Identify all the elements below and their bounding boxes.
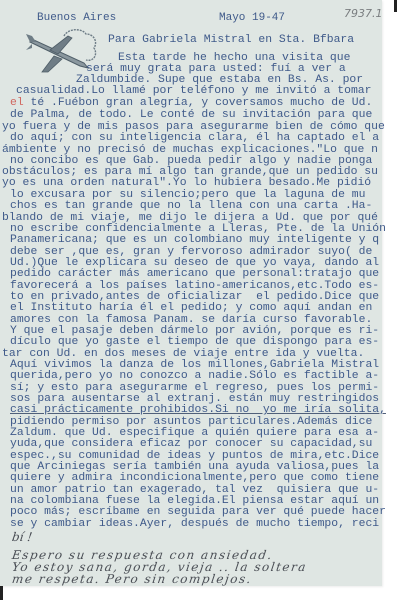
letter-line-4: casualidad.Lo llamé por teléfono y me in… xyxy=(16,86,371,97)
letter-line-17: Panamericana; que es un colombiano muy i… xyxy=(10,235,379,246)
letter-page: 7937.1 Buenos Aires Mayo 19-47 Para Gabr… xyxy=(0,0,382,586)
handwritten-line-3: me respeta. Pero sin complejos. xyxy=(11,572,253,586)
recipient-line: Para Gabriela Mistral en Sta. Bfbara xyxy=(108,35,354,46)
scan-edge xyxy=(0,586,3,600)
letter-line-8: do aquí; con su inteligencia clara, él h… xyxy=(10,133,379,144)
header-place: Buenos Aires xyxy=(37,13,116,24)
letter-line-41: poco más; escríbame en seguida para ver … xyxy=(10,507,386,518)
handwritten-continuation: bí ! xyxy=(11,530,33,544)
letter-line-12: yo es una orden natural".Yo lo hubiera b… xyxy=(2,178,371,189)
header-date: Mayo 19-47 xyxy=(219,13,285,24)
letter-line-5-text: té .Fuébon gran alegría, y coversamos mu… xyxy=(24,97,373,109)
letter-line-6: de Palma, de todo. Le conté de su invita… xyxy=(10,110,372,121)
letter-line-42: se y cambiar ideas.Ayer, después de much… xyxy=(10,519,379,530)
letter-line-5: el té .Fuébon gran alegría, y coversamos… xyxy=(10,98,372,109)
archive-number: 7937.1 xyxy=(344,7,383,20)
letter-line-29: querida,pero yo no conozco a nadie.Sólo … xyxy=(10,371,379,382)
red-typed-word: el xyxy=(10,97,24,109)
letter-line-14: chos es tan grande que no la llena con u… xyxy=(10,201,372,212)
letter-line-32: casi prácticamente prohibidos.Si no yo m… xyxy=(10,405,386,416)
letter-line-35: yuda,que considera eficaz por conocer su… xyxy=(10,439,372,450)
letter-line-26: dículo que yo gaste el tiempo de que dis… xyxy=(10,337,379,348)
letter-line-20: pedido carácter más americano que person… xyxy=(10,269,379,280)
letter-line-23: el Instituto haría él el pedido; y como … xyxy=(10,303,372,314)
letter-line-38: quiere y admira incondicionalmente,pero … xyxy=(10,473,379,484)
